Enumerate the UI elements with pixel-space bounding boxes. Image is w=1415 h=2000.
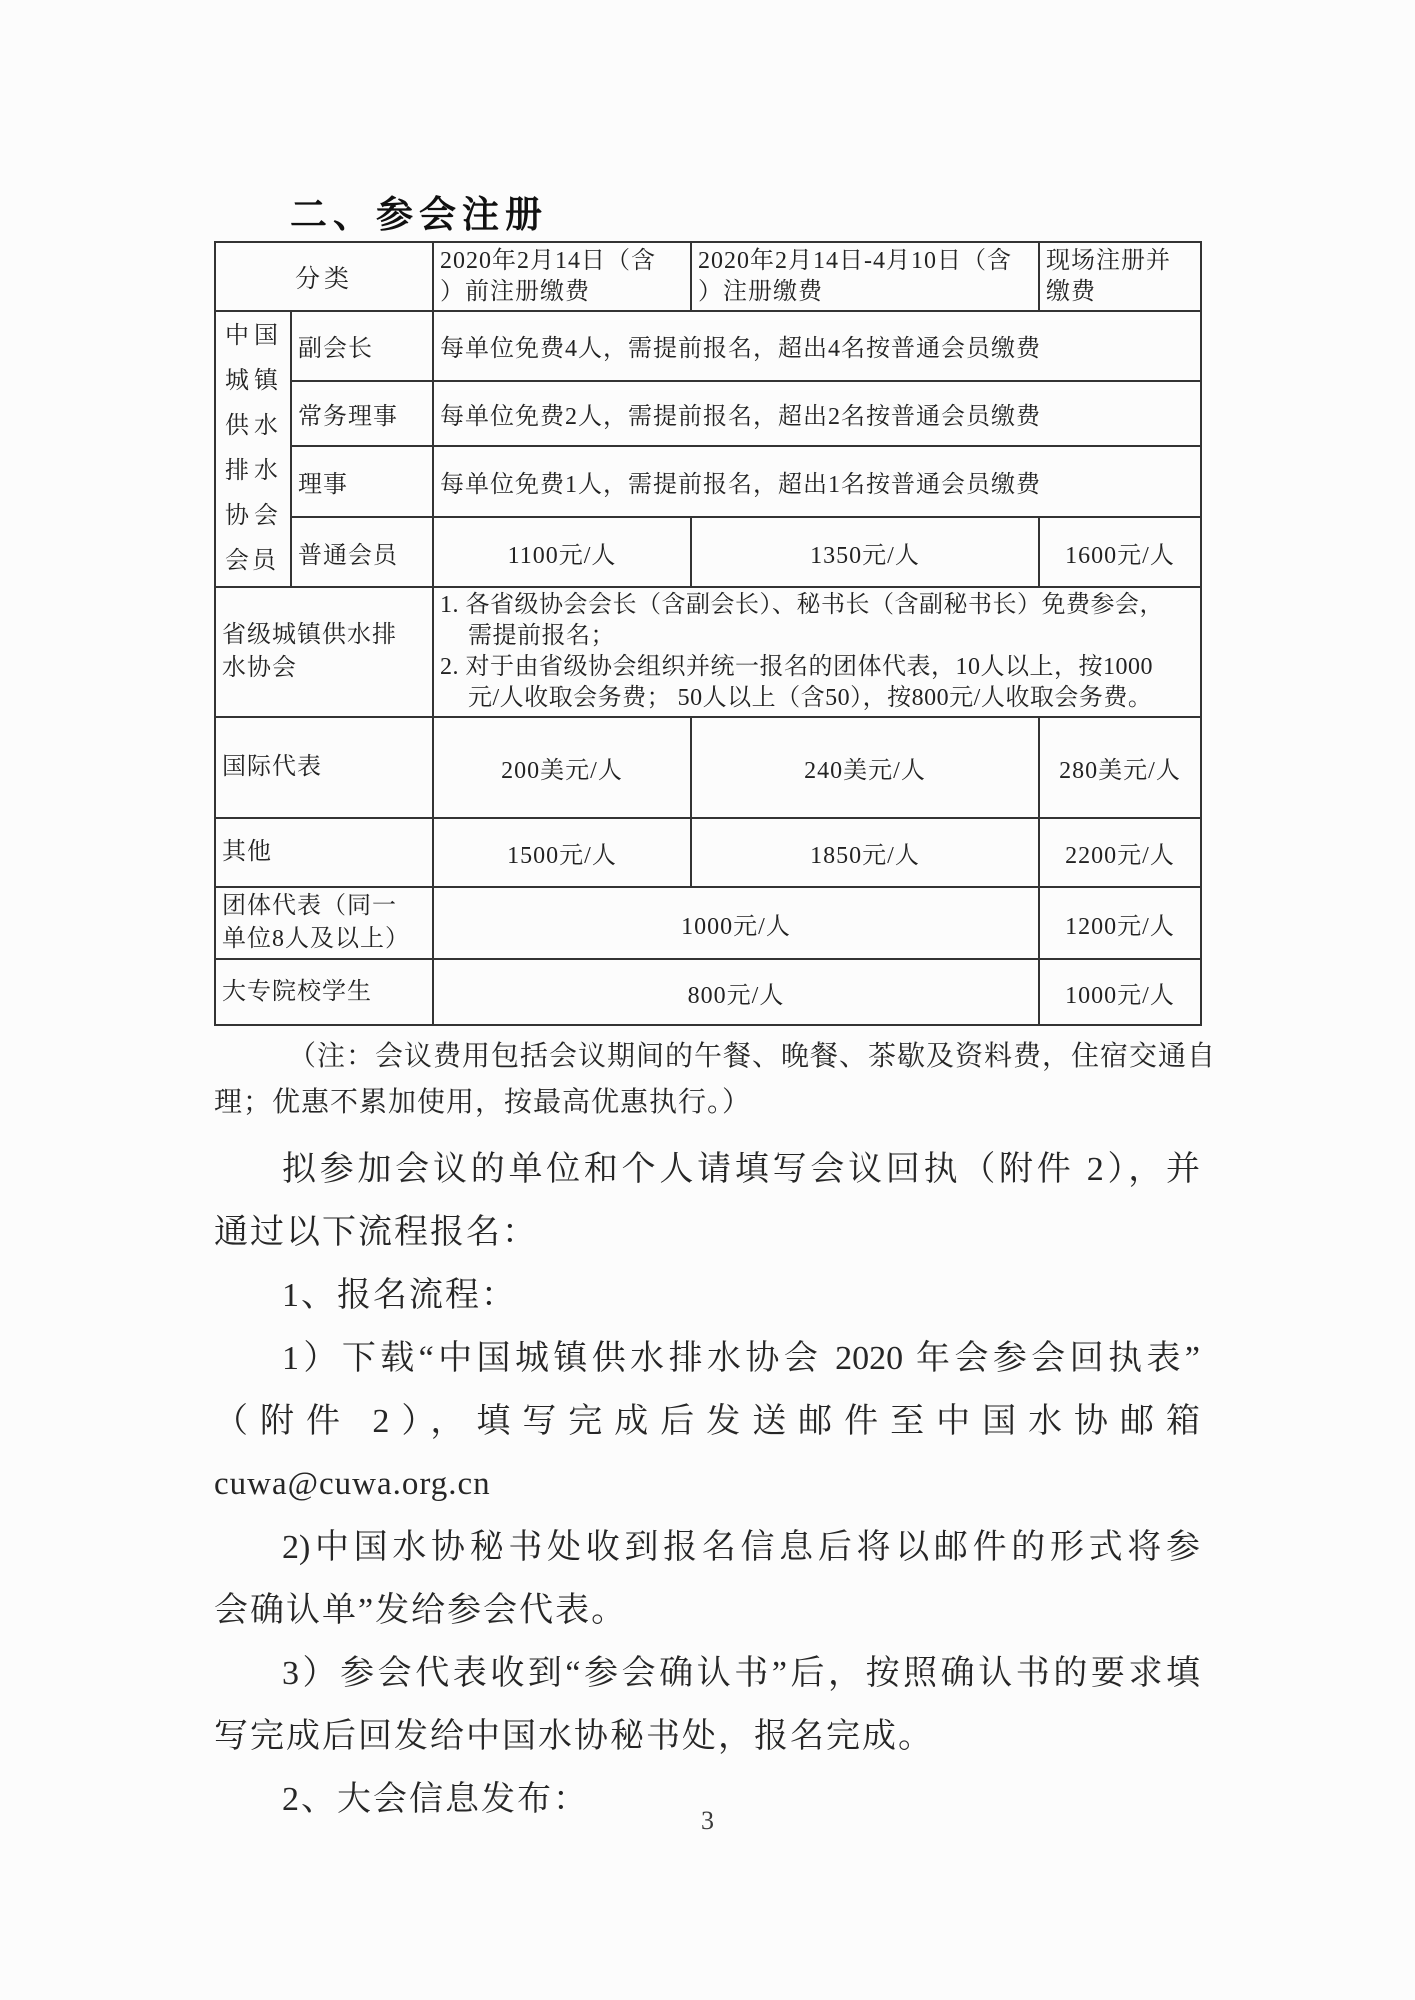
body-line: 3）参会代表收到“参会确认书”后，按照确认书的要求填 [214, 1642, 1200, 1705]
fee-combined: 800元/人 [433, 959, 1039, 1025]
header-early-line1: 2020年2月14日（含 [440, 246, 684, 277]
fee-onsite: 1600元/人 [1039, 517, 1201, 587]
other-label: 其他 [215, 818, 433, 887]
header-mid-line1: 2020年2月14日-4月10日（含 [698, 246, 1032, 277]
role-policy: 每单位免费1人，需提前报名，超出1名按普通会员缴费 [433, 446, 1201, 517]
role-policy: 每单位免费4人，需提前报名，超出4名按普通会员缴费 [433, 311, 1201, 381]
table-row-ordinary-member: 普通会员 1100元/人 1350元/人 1600元/人 [215, 517, 1201, 587]
body-line: 写完成后回发给中国水协秘书处，报名完成。 [214, 1705, 1200, 1768]
fee-onsite: 1000元/人 [1039, 959, 1201, 1025]
header-onsite-line1: 现场注册并 [1046, 246, 1194, 277]
fee-early: 1100元/人 [433, 517, 691, 587]
header-mid-line2: ）注册缴费 [698, 277, 1032, 308]
member-group-cell: 中国城镇供水排水协会会员 [215, 311, 291, 587]
fee-note-line2: 理；优惠不累加使用，按最高优惠执行。） [214, 1080, 1200, 1126]
email-address: cuwa@cuwa.org.cn [214, 1453, 1200, 1516]
fee-early: 200美元/人 [433, 717, 691, 818]
table-row-student: 大专院校学生 800元/人 1000元/人 [215, 959, 1201, 1025]
header-early-line2: ）前注册缴费 [440, 277, 684, 308]
table-row-director: 理事 每单位免费1人，需提前报名，超出1名按普通会员缴费 [215, 446, 1201, 517]
table-row-executive-director: 常务理事 每单位免费2人，需提前报名，超出2名按普通会员缴费 [215, 381, 1201, 447]
provincial-label-line2: 水协会 [222, 652, 426, 685]
table-header-row: 分类 2020年2月14日（含 ）前注册缴费 2020年2月14日-4月10日（… [215, 242, 1201, 311]
fee-onsite: 2200元/人 [1039, 818, 1201, 887]
role-policy: 每单位免费2人，需提前报名，超出2名按普通会员缴费 [433, 381, 1201, 447]
student-label: 大专院校学生 [215, 959, 433, 1025]
header-mid-registration: 2020年2月14日-4月10日（含 ）注册缴费 [691, 242, 1039, 311]
body-line: 1、报名流程： [214, 1264, 1200, 1327]
fee-combined: 1000元/人 [433, 887, 1039, 959]
header-onsite-line2: 缴费 [1046, 277, 1194, 308]
table-row-other: 其他 1500元/人 1850元/人 2200元/人 [215, 818, 1201, 887]
provincial-policy: 1. 各省级协会会长（含副会长）、秘书长（含副秘书长）免费参会， 需提前报名； … [433, 587, 1201, 717]
table-row-provincial-association: 省级城镇供水排 水协会 1. 各省级协会会长（含副会长）、秘书长（含副秘书长）免… [215, 587, 1201, 717]
table-row-group-delegate: 团体代表（同一 单位8人及以上） 1000元/人 1200元/人 [215, 887, 1201, 959]
header-onsite-registration: 现场注册并 缴费 [1039, 242, 1201, 311]
table-row-international: 国际代表 200美元/人 240美元/人 280美元/人 [215, 717, 1201, 818]
fee-note: （注：会议费用包括会议期间的午餐、晚餐、茶歇及资料费，住宿交通自 理；优惠不累加… [214, 1034, 1200, 1126]
role-label: 常务理事 [291, 381, 433, 447]
section-title: 二、参会注册 [214, 195, 1200, 235]
body-line: 拟参加会议的单位和个人请填写会议回执（附件 2），并 [214, 1138, 1200, 1201]
registration-fee-table: 分类 2020年2月14日（含 ）前注册缴费 2020年2月14日-4月10日（… [214, 241, 1202, 1026]
header-early-registration: 2020年2月14日（含 ）前注册缴费 [433, 242, 691, 311]
page-number: 3 [0, 1806, 1415, 1836]
group-delegate-label-line1: 团体代表（同一 [222, 890, 426, 923]
group-delegate-label-line2: 单位8人及以上） [222, 923, 426, 956]
group-delegate-label: 团体代表（同一 单位8人及以上） [215, 887, 433, 959]
page-content: 二、参会注册 分类 2020年2月14日（含 ）前注册缴费 2020年2月14日… [214, 195, 1200, 1831]
fee-mid: 240美元/人 [691, 717, 1039, 818]
body-line: 会确认单”发给参会代表。 [214, 1579, 1200, 1642]
provincial-label: 省级城镇供水排 水协会 [215, 587, 433, 717]
registration-instructions: 拟参加会议的单位和个人请填写会议回执（附件 2），并 通过以下流程报名： 1、报… [214, 1138, 1200, 1831]
body-line: 2)中国水协秘书处收到报名信息后将以邮件的形式将参 [214, 1516, 1200, 1579]
provincial-policy-line3: 2. 对于由省级协会组织并统一报名的团体代表，10人以上，按1000 [440, 652, 1194, 683]
provincial-policy-line4: 元/人收取会务费； 50人以上（含50），按800元/人收取会务费。 [440, 683, 1194, 714]
member-group-label: 中国城镇供水排水协会会员 [225, 314, 281, 584]
role-label: 理事 [291, 446, 433, 517]
table-row-vice-president: 中国城镇供水排水协会会员 副会长 每单位免费4人，需提前报名，超出4名按普通会员… [215, 311, 1201, 381]
fee-onsite: 1200元/人 [1039, 887, 1201, 959]
body-line: 1）下载“中国城镇供水排水协会 2020 年会参会回执表” [214, 1327, 1200, 1390]
provincial-label-line1: 省级城镇供水排 [222, 619, 426, 652]
body-line: （附件 2），填写完成后发送邮件至中国水协邮箱 [214, 1390, 1200, 1453]
provincial-policy-line1: 1. 各省级协会会长（含副会长）、秘书长（含副秘书长）免费参会， [440, 590, 1194, 621]
fee-mid: 1850元/人 [691, 818, 1039, 887]
role-label: 普通会员 [291, 517, 433, 587]
fee-onsite: 280美元/人 [1039, 717, 1201, 818]
fee-mid: 1350元/人 [691, 517, 1039, 587]
provincial-policy-line2: 需提前报名； [440, 621, 1194, 652]
international-label: 国际代表 [215, 717, 433, 818]
fee-note-line1: （注：会议费用包括会议期间的午餐、晚餐、茶歇及资料费，住宿交通自 [214, 1034, 1200, 1080]
role-label: 副会长 [291, 311, 433, 381]
body-line: 通过以下流程报名： [214, 1201, 1200, 1264]
header-category: 分类 [215, 242, 433, 311]
document-page: 二、参会注册 分类 2020年2月14日（含 ）前注册缴费 2020年2月14日… [0, 0, 1415, 2000]
fee-early: 1500元/人 [433, 818, 691, 887]
